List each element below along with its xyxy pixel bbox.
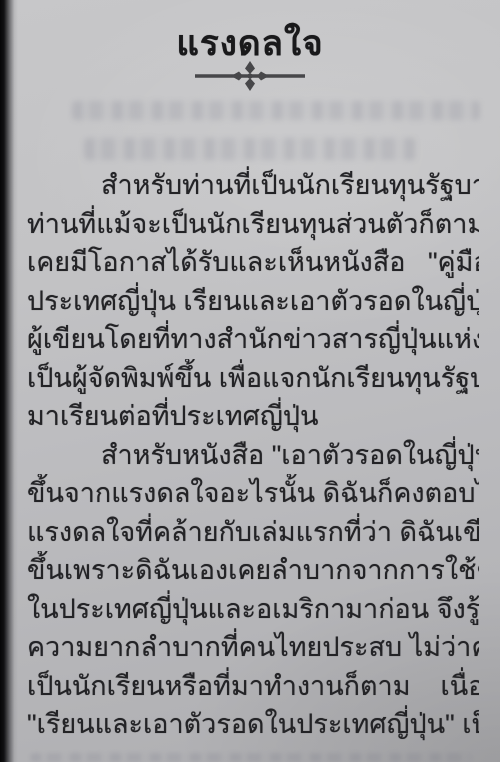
section-divider <box>195 60 305 92</box>
text-line: ในประเทศญี่ปุ่นและอเมริกามาก่อน จึงรู้แล… <box>27 590 479 629</box>
text-line: เคยมีโอกาสได้รับและเห็นหนังสือ "คู่มือกา… <box>27 243 479 282</box>
book-page-photo: แรงดลใจ สำหรับท่านที่เป็นนักเรียนทุนรัฐบ… <box>0 0 500 762</box>
text-line: สำหรับท่านที่เป็นนักเรียนทุนรัฐบาลญี่ปุ่… <box>27 166 479 205</box>
text-line: สำหรับหนังสือ "เอาตัวรอดในญี่ปุ่น" นี้เข… <box>27 436 479 475</box>
bleed-through-text-line <box>84 138 416 160</box>
page-edge-shadow <box>0 0 18 762</box>
text-line: "เรียนและเอาตัวรอดในประเทศญี่ปุ่น" เป็นห… <box>27 705 479 744</box>
text-line: ขึ้นเพราะดิฉันเองเคยลำบากจากการใช้ชีวิต … <box>27 551 479 590</box>
body-text: สำหรับท่านที่เป็นนักเรียนทุนรัฐบาลญี่ปุ่… <box>27 166 479 744</box>
text-line: ความยากลำบากที่คนไทยประสบ ไม่ว่าคนคนนั้น… <box>27 628 479 667</box>
text-line: แรงดลใจที่คล้ายกับเล่มแรกที่ว่า ดิฉันเขี… <box>27 513 479 552</box>
divider-ornament-icon <box>195 60 305 92</box>
text-line: ประเทศญี่ปุ่น เรียนและเอาตัวรอดในญี่ปุ่น… <box>27 282 479 321</box>
next-line-cut-off <box>30 753 472 762</box>
text-line: ผู้เขียนโดยที่ทางสำนักข่าวสารญี่ปุ่นแห่ง… <box>27 320 479 359</box>
bleed-through-text-line <box>72 101 480 120</box>
text-line: ขึ้นจากแรงดลใจอะไรนั้น ดิฉันก็คงตอบได้เพ… <box>27 474 479 513</box>
text-line: มาเรียนต่อที่ประเทศญี่ปุ่น <box>27 397 479 436</box>
text-line: ท่านที่แม้จะเป็นนักเรียนทุนส่วนตัวก็ตาม … <box>27 205 479 244</box>
text-line: เป็นผู้จัดพิมพ์ขึ้น เพื่อแจกนักเรียนทุนร… <box>27 359 479 398</box>
text-line: เป็นนักเรียนหรือที่มาทำงานก็ตาม เนื่องจา… <box>27 667 479 706</box>
